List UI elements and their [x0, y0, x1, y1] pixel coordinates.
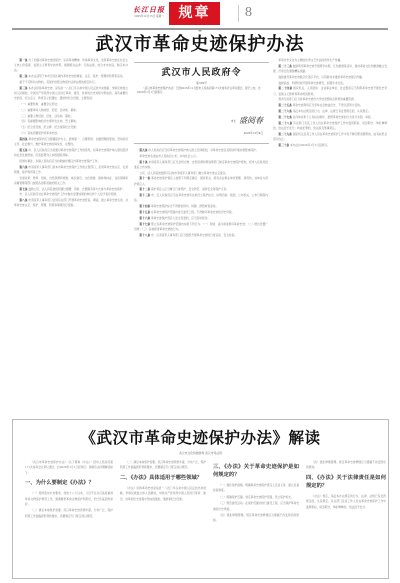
newspaper-name: 长江日报 [128, 5, 170, 14]
article-text: 违反本办法规定的行为，法律、法规已有处罚规定的，从其规定。 [293, 109, 371, 113]
article-paragraph: 教育行政部门应当将革命史迹作为学校思想政治教育的重要资源。 [273, 97, 387, 102]
article-column-3: 革命历史文化为主题的优秀文艺作品的创作生产传播。第二十三条 鼓励利用革命史迹开展… [273, 58, 387, 408]
signature: 盛阅春 [239, 115, 263, 126]
article-text: 革命史迹保护标志不得擅自移动、拆除、损毁或者涂改。 [151, 204, 218, 208]
article-label: 第二十七条 [278, 115, 291, 119]
page-number: 8 [245, 3, 252, 23]
article-label: 第十二条 [139, 187, 150, 191]
article-label: 第一条 [19, 58, 27, 62]
article-text: 革命史迹名录由市人民政府公布，并向社会公示。 [139, 154, 198, 158]
article-paragraph: 第十五条 在革命史迹保护范围内进行建设工程，不得破坏革命史迹的历史风貌。 [134, 210, 268, 215]
article-paragraph: （五）纪念性设施、纪念碑、纪念馆等纪念设施； [14, 125, 128, 130]
paragraph: （二）满足本地保护需要。武汉革命史迹资源丰富，分布广泛，保护利用工作面临新形势新… [120, 460, 206, 471]
article-paragraph: 鼓励高校、科研机构开展革命史迹研究，加强学术交流。 [273, 81, 387, 86]
article-label: 第十六条 [139, 216, 150, 220]
article-text: 公民、法人和其他组织可以向市退役军人事务部门提出革命史迹认定建议。 [139, 171, 228, 175]
paragraph: （二）满足本地保护需要。武汉革命史迹资源丰富，分布广泛，保护利用工作面临新形势新… [25, 508, 113, 519]
article-text: 市、区退役军人事务部门应当组织开展革命史迹的日常巡查、安全检查。 [151, 233, 237, 237]
article-paragraph: 第十八条 市、区退役军人事务部门应当组织开展革命史迹的日常巡查、安全检查。 [134, 233, 268, 238]
article-paragraph: （二）重要革命人物故居、旧居、活动地、墓地； [14, 108, 128, 113]
paragraph: （三）规范建设活动。在保护范围内进行建设工程，应当保护革命史迹的历史风貌。 [213, 501, 299, 512]
article-text: 本办法适用于本市行政区域内革命史迹的调查、认定、保护、管理和利用等活动。 [28, 74, 125, 78]
article-column-1: 第一条 为了加强对革命史迹的保护，弘扬革命精神，传承革命文化，发挥革命史迹在社会… [14, 58, 128, 408]
order-title: 武汉市人民政府令 [134, 68, 269, 79]
article-paragraph: 第四条 革命史迹保护应当遵循保护为主、抢救第一、合理利用、加强管理的原则，坚持政… [14, 137, 128, 147]
article-label: 第七条 [19, 187, 27, 191]
section-tag: 规章 [169, 2, 220, 25]
article-label: 第二十五条 [278, 103, 291, 107]
article-label: 第十四条 [139, 204, 150, 208]
article-text: 本办法所称革命史迹，是指自一八四〇年以来中国人民反抗外来侵略、争取民族独立和人民… [14, 86, 128, 100]
article-paragraph: 市、区人民政府对在革命史迹保护工作中做出显著成绩的单位和个人给予表彰奖励。 [14, 192, 128, 197]
article-paragraph: 街道办事处、乡镇人民政府应当协助做好辖区内革命史迹保护工作。 [14, 159, 128, 164]
article-paragraph: 第十条 市退役军人事务部门应当会同文物、自然资源和规划等部门制定革命史迹保护规划… [134, 160, 268, 170]
article-text: 鼓励建设革命史迹数字化展示平台，运用新技术推进革命史迹展示传播。 [278, 75, 364, 79]
article-text: （四）有重要影响的历史事件发生地、烈士墓地； [19, 119, 78, 123]
article-label: 第三条 [19, 86, 27, 90]
article-paragraph: 第七条 鼓励公民、法人和其他组织通过捐赠、资助、志愿服务等方式参与革命史迹保护。 [14, 187, 128, 192]
article-paragraph: 第二十三条 鼓励利用革命史迹开展研学实践、红色旅游等活动，推动革命文化和旅游融合… [273, 64, 387, 74]
signer-title: 市长 [231, 119, 236, 123]
article-paragraph: 第十四条 革命史迹保护标志不得擅自移动、拆除、损毁或者涂改。 [134, 204, 268, 209]
article-label: 第二十八条 [278, 121, 292, 125]
article-paragraph: 第二十八条 有关部门及其工作人员在革命史迹保护工作中滥用职权、玩忽职守、徇私舞弊… [273, 121, 387, 131]
section-heading: 三、《办法》关于革命史迹保护是如何规定的？ [213, 463, 299, 479]
article-paragraph: 属于不可移动文物的，其保护依照文物保护法律法规的规定执行。 [14, 80, 128, 85]
interpretation-column-2: （二）满足本地保护需要。武汉革命史迹资源丰富，分布广泛，保护利用工作面临新形势新… [120, 460, 206, 575]
interpretation-title: 《武汉市革命史迹保护办法》解读 [13, 428, 388, 448]
article-paragraph: 第六条 市退役军人事务部门是本市革命史迹保护工作的主管部门，负责革命史迹认定、名… [14, 165, 128, 175]
rule-marker-icon [197, 29, 203, 32]
interpretation-column-3: 三、《办法》关于革命史迹保护是如何规定的？ （一）强化保护措施。明确革命史迹保护… [213, 460, 299, 575]
article-text: 街道办事处、乡镇人民政府应当协助做好辖区内革命史迹保护工作。 [19, 159, 100, 163]
article-text: 革命历史文化为主题的优秀文艺作品的创作生产传播。 [278, 58, 343, 62]
article-text: 市、区人民政府应当加强对革命史迹保护工作的领导，将革命史迹保护纳入国民经济和社会… [14, 148, 128, 157]
paragraph: （四）强化修缮管理。规定革命史迹修缮应当遵循不改变原状的原则。 [213, 513, 299, 524]
masthead: 长江日报 2025年12月15日 星期一 规章 8 [0, 0, 400, 30]
article-label: 第八条 [19, 198, 27, 202]
paragraph: （四）强化修缮管理。规定革命史迹修缮应当遵循不改变原状的原则。 [306, 460, 386, 471]
article-label: 第二十三条 [278, 64, 291, 68]
article-label: 第十五条 [139, 210, 150, 214]
article-text: （三）重要人物旧居、旧址、活动地、墓地； [19, 114, 73, 118]
article-label: 第二十四条 [278, 86, 292, 90]
article-label: 第十三条 [139, 193, 150, 197]
paragraph: 《办法》规定，违反本办法规定的行为，法律、法规已有处罚规定的，从其规定。有关部门… [306, 494, 386, 510]
article-label: 第二十九条 [278, 132, 291, 136]
newspaper-logo: 长江日报 2025年12月15日 星期一 [128, 5, 170, 19]
interpretation-column-1: 《武汉市革命史迹保护办法》（以下简称《办法》）经市人民政府第171次常务会议审议… [25, 460, 113, 575]
article-paragraph: （三）重要人物旧居、旧址、活动地、墓地； [14, 114, 128, 119]
article-label: 第五条 [19, 148, 27, 152]
article-text: （六）其他需要保护的革命史迹。 [19, 131, 59, 135]
article-text: 为了加强对革命史迹的保护，弘扬革命精神，传承革命文化，发挥革命史迹在社会主义核心… [14, 58, 128, 72]
article-label: 第十七条 [139, 222, 150, 226]
article-paragraph: （一）重要机构、重要会议旧址； [14, 102, 128, 107]
article-label: 第十一条 [139, 176, 150, 180]
article-paragraph: 第二条 本办法适用于本市行政区域内革命史迹的调查、认定、保护、管理和利用等活动。 [14, 74, 128, 79]
section-heading: 二、《办法》具体适用于哪些领域？ [120, 474, 206, 482]
article-text: 市退役军人事务部门会同有关部门开展革命史迹普查、调查，建立革命史迹名录，对革命史… [14, 198, 128, 207]
article-paragraph: 第三条 本办法所称革命史迹，是指自一八四〇年以来中国人民反抗外来侵略、争取民族独… [14, 86, 128, 102]
article-label: 第十条 [139, 160, 147, 164]
article-paragraph: 第三十条 本办法自2026年1月1日起施行。 [273, 143, 387, 148]
article-title: 武汉市革命史迹保护办法 [0, 34, 400, 56]
article-text: 市退役军人事务部门应当会同文物、自然资源和规划等部门制定革命史迹保护规划，报市人… [134, 160, 268, 169]
article-label: 第六条 [19, 165, 27, 169]
article-label: 第九条 [139, 148, 147, 152]
article-text: 革命史迹利用应当坚持社会效益优先，不得以营利为目的。 [293, 103, 363, 107]
article-paragraph: 第二十七条 任何单位和个人有权对破坏、损毁革命史迹的行为进行劝阻、举报。 [273, 115, 387, 120]
article-column-2: 第九条 市人民政府应当将革命史迹保护纳入国土空间规划，对革命史迹及其周边环境实施… [134, 148, 268, 408]
section-heading: 一、为什么要制定《办法》？ [25, 479, 113, 487]
order-date: 2025年12月4日 [244, 131, 263, 135]
article-paragraph: 第二十九条 国家机关及其工作人员在革命史迹保护工作中有不履行职责情形的，由有权机… [273, 132, 387, 142]
interpretation-byline: 武汉市文化和旅游局 武汉市司法局 [13, 451, 388, 455]
article-paragraph: 第二十六条 违反本办法规定的行为，法律、法规已有处罚规定的，从其规定。 [273, 109, 387, 114]
article-text: （一）重要机构、重要会议旧址； [19, 102, 59, 106]
article-paragraph: 革命历史文化为主题的优秀文艺作品的创作生产传播。 [273, 58, 387, 63]
article-paragraph: 第八条 市退役军人事务部门会同有关部门开展革命史迹普查、调查，建立革命史迹名录，… [14, 198, 128, 208]
order-number: 第339号 [134, 81, 269, 85]
article-text: 市退役军人事务部门是本市革命史迹保护工作的主管部门，负责革命史迹认定、名录管理、… [14, 165, 128, 174]
article-text: 任何单位和个人有权对破坏、损毁革命史迹的行为进行劝阻、举报。 [293, 115, 374, 119]
article-label: 第二条 [19, 74, 27, 78]
article-label: 第二十六条 [278, 109, 291, 113]
article-text: 保护责任人应当履行日常养护、安全防范、消防安全等保护义务。 [151, 187, 229, 191]
article-paragraph: 第二十四条 国家机关、人民团体、企业事业单位、社会组织应当利用革命史迹开展党史学… [273, 86, 387, 96]
article-paragraph: 第十七条 禁止在革命史迹保护范围内实施下列行为：（一）刻划、涂污或者损坏革命史迹… [134, 222, 268, 232]
article-paragraph: 第十二条 保护责任人应当履行日常养护、安全防范、消防安全等保护义务。 [134, 187, 268, 192]
section-heading: 四、《办法》关于法律责任是如何规定的？ [306, 474, 386, 490]
order-signature-block: 市长 盛阅春 [231, 115, 263, 126]
article-text: 革命史迹保护应当遵循保护为主、抢救第一、合理利用、加强管理的原则，坚持政府主导、… [14, 137, 128, 146]
paragraph: 《办法》所称革命史迹是指自一八四〇年以来中国人民反抗外来侵略、争取民族独立和人民… [120, 486, 206, 502]
issue-date: 2025年12月15日 星期一 [128, 14, 170, 19]
article-text: 市、区人民政府对在革命史迹保护工作中做出显著成绩的单位和个人给予表彰奖励。 [19, 192, 118, 196]
article-text: 禁止在革命史迹保护范围内实施下列行为：（一）刻划、涂污或者损坏革命史迹；（二）擅… [134, 222, 268, 231]
article-paragraph: 公民、法人和其他组织可以向市退役军人事务部门提出革命史迹认定建议。 [134, 171, 268, 176]
article-text: 革命史迹保护责任人按照下列规定确定：国家机关、国有企业事业单位管理、使用的，该单… [134, 176, 268, 185]
article-text: 属于不可移动文物的，其保护依照文物保护法律法规的规定执行。 [19, 80, 97, 84]
article-text: （二）重要革命人物故居、旧居、活动地、墓地； [19, 108, 78, 112]
article-label: 第十八条 [139, 233, 150, 237]
interpretation-intro: 《武汉市革命史迹保护办法》（以下简称《办法》）经市人民政府第171次常务会议审议… [25, 460, 113, 476]
article-paragraph: 第一条 为了加强对革命史迹的保护，弘扬革命精神，传承革命文化，发挥革命史迹在社会… [14, 58, 128, 74]
article-paragraph: 鼓励建设革命史迹数字化展示平台，运用新技术推进革命史迹展示传播。 [273, 75, 387, 80]
order-text: 《武汉市革命史迹保护办法》已经2025年11月经市人民政府第171次常务会议审议… [137, 87, 266, 95]
article-text: 市人民政府应当将革命史迹保护纳入国土空间规划，对革命史迹及其周边环境实施整体保护… [148, 148, 258, 152]
article-paragraph: 第五条 市、区人民政府应当加强对革命史迹保护工作的领导，将革命史迹保护纳入国民经… [14, 148, 128, 158]
article-text: （五）纪念性设施、纪念碑、纪念馆等纪念设施； [19, 125, 78, 129]
article-text: 市、区人民政府应当在革命史迹所在地设立保护标志，标明名称、级别、公布机关、公布日… [134, 193, 268, 202]
article-text: 革命史迹保护责任人发生变更的，应当及时报告。 [151, 216, 210, 220]
article-text: 鼓励高校、科研机构开展革命史迹研究，加强学术交流。 [278, 81, 345, 85]
article-paragraph: 第二十五条 革命史迹利用应当坚持社会效益优先，不得以营利为目的。 [273, 103, 387, 108]
page-separator [238, 5, 239, 22]
article-label: 第四条 [19, 137, 27, 141]
article-paragraph: 第十六条 革命史迹保护责任人发生变更的，应当及时报告。 [134, 216, 268, 221]
article-text: 在革命史迹保护范围内进行建设工程，不得破坏革命史迹的历史风貌。 [151, 210, 234, 214]
paragraph: （一）贯彻落实中央要求。党的十八大以来，习近平总书记高度重视革命文物保护利用工作… [25, 491, 113, 507]
article-paragraph: 第十三条 市、区人民政府应当在革命史迹所在地设立保护标志，标明名称、级别、公布机… [134, 193, 268, 203]
article-paragraph: （四）有重要影响的历史事件发生地、烈士墓地； [14, 119, 128, 124]
article-paragraph: 第十一条 革命史迹保护责任人按照下列规定确定：国家机关、国有企业事业单位管理、使… [134, 176, 268, 186]
article-paragraph: 发展改革、教育、财政、自然资源和规划、城乡建设、文化旅游、园林和林业、住房保障和… [14, 176, 128, 186]
article-paragraph: 革命史迹名录由市人民政府公布，并向社会公示。 [134, 154, 268, 159]
paragraph: （二）明确保护范围。划定革命史迹保护范围，设立保护标志。 [213, 495, 299, 500]
government-order-box: 武汉市人民政府令 第339号 《武汉市革命史迹保护办法》已经2025年11月经市… [134, 62, 269, 144]
article-text: 鼓励公民、法人和其他组织通过捐赠、资助、志愿服务等方式参与革命史迹保护。 [28, 187, 125, 191]
interpretation-box: 《武汉市革命史迹保护办法》解读 武汉市文化和旅游局 武汉市司法局 《武汉市革命史… [12, 419, 389, 579]
interpretation-column-4: （四）强化修缮管理。规定革命史迹修缮应当遵循不改变原状的原则。 四、《办法》关于… [306, 460, 386, 575]
article-paragraph: （六）其他需要保护的革命史迹。 [14, 131, 128, 136]
article-text: 本办法自2026年1月1日起施行。 [290, 143, 330, 147]
article-label: 第三十条 [278, 143, 289, 147]
article-paragraph: 第九条 市人民政府应当将革命史迹保护纳入国土空间规划，对革命史迹及其周边环境实施… [134, 148, 268, 153]
article-text: 发展改革、教育、财政、自然资源和规划、城乡建设、文化旅游、园林和林业、住房保障和… [14, 176, 128, 185]
paragraph: （一）强化保护措施。明确革命史迹保护责任人及其义务，建立巡查检查制度。 [213, 483, 299, 494]
article-text: 教育行政部门应当将革命史迹作为学校思想政治教育的重要资源。 [278, 97, 356, 101]
